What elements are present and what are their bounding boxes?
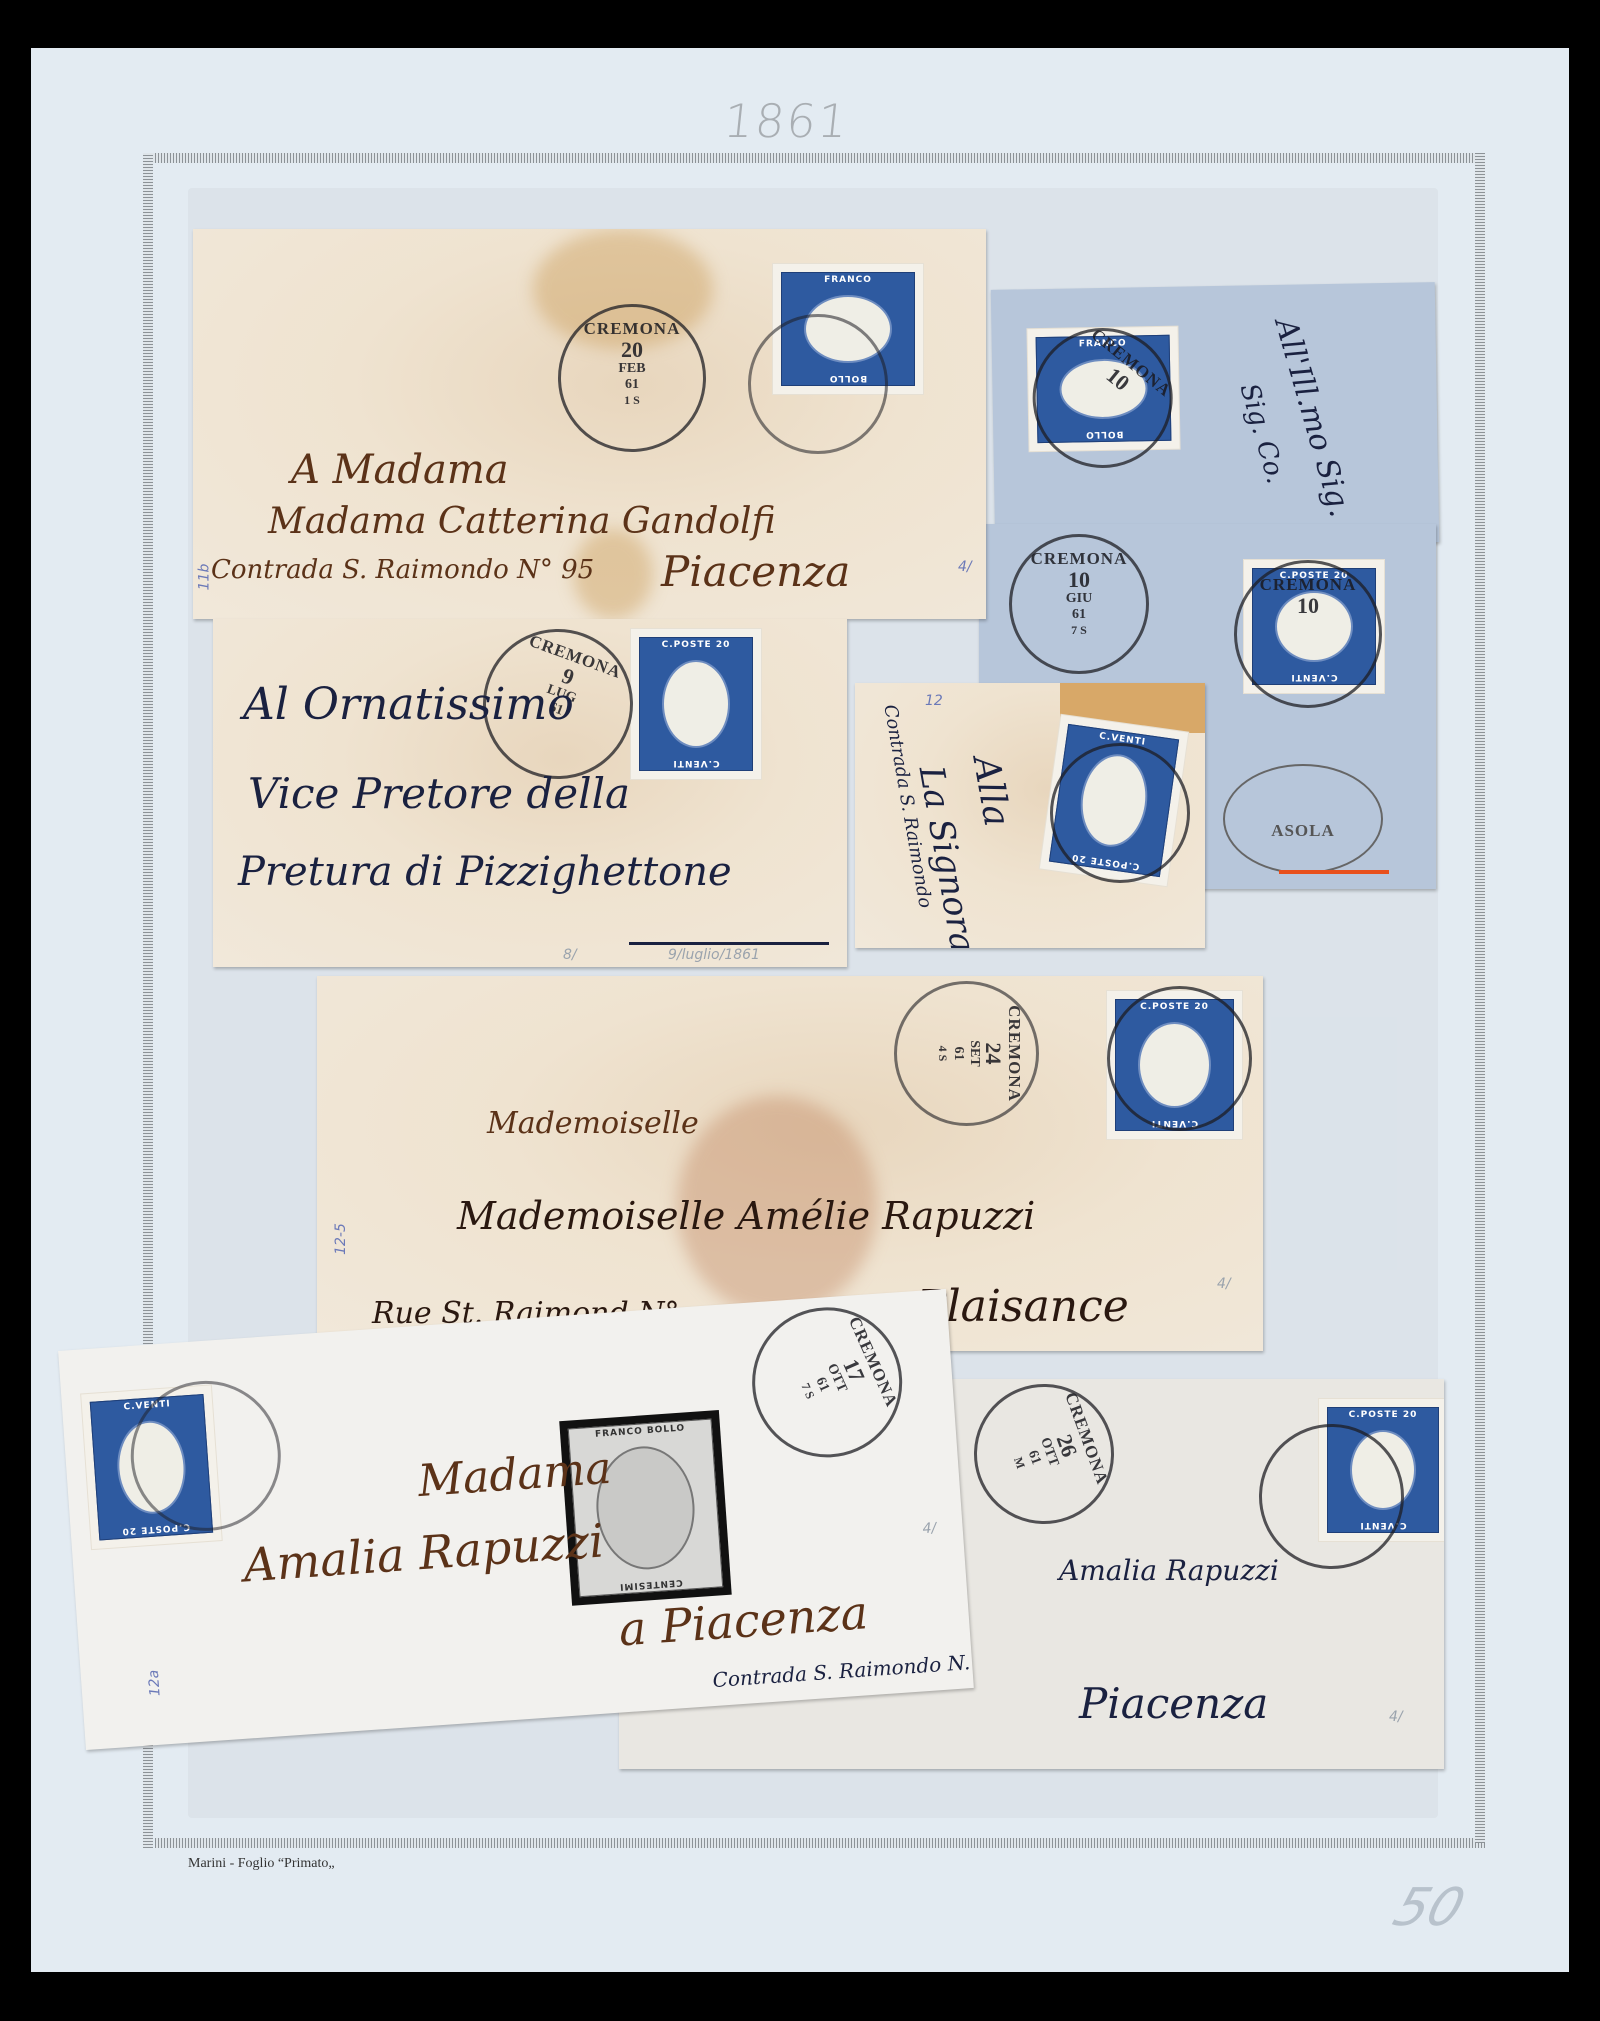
- address-line: Pretura di Pizzighettone: [238, 849, 732, 895]
- pencil-note: 4/: [958, 559, 972, 575]
- year-heading: 1861: [721, 94, 852, 148]
- address-line: Vice Pretore della: [248, 769, 630, 818]
- pencil-note: 12: [925, 693, 943, 709]
- address-line: A Madama: [291, 447, 509, 493]
- address-line: All'Ill.mo Sig.: [1268, 314, 1358, 520]
- album-footer: Marini - Foglio “Primato„: [188, 1856, 335, 1872]
- address-line: Amalia Rapuzzi: [242, 1513, 606, 1592]
- address-line: Amalia Rapuzzi: [1059, 1554, 1279, 1587]
- pencil-note: 12a: [146, 1669, 164, 1696]
- pencil-note: 9/luglio/1861: [668, 947, 760, 963]
- address-line: Piacenza: [1079, 1679, 1268, 1728]
- underline: [629, 942, 829, 945]
- pencil-note: 11b: [196, 564, 212, 591]
- address-line: Sig. Co.: [1234, 380, 1291, 487]
- pencil-note: 8/: [563, 947, 577, 963]
- pencil-note: 4/: [1389, 1709, 1403, 1725]
- arrival-mark: ASOLA: [1223, 764, 1383, 874]
- cover-5[interactable]: C.VENTIC.POSTE 20 Alla La Signora Contra…: [855, 683, 1205, 948]
- address-line: Madama Catterina Gandolfi: [268, 501, 776, 542]
- postmark: [1107, 986, 1252, 1131]
- cover-6[interactable]: C.POSTE 20C.VENTI CREMONA 24 SET 61 4 S …: [317, 976, 1263, 1351]
- pencil-note: 4/: [1217, 1276, 1231, 1292]
- cover-4[interactable]: C.POSTE 20C.VENTI CREMONA 9 LUG 61 Al Or…: [213, 619, 847, 967]
- address-line: Contrada S. Raimondo N° 95: [211, 555, 594, 585]
- address-line: Al Ornatissimo: [243, 679, 574, 730]
- address-line: Piacenza: [661, 547, 850, 596]
- frame-bottom: [155, 1838, 1485, 1848]
- stamp-text: C.POSTE 20: [640, 640, 752, 650]
- address-line: Contrada S. Raimondo N. 98: [712, 1648, 974, 1692]
- cover-2[interactable]: FRANCOBOLLO CREMONA10 All'Ill.mo Sig. Si…: [991, 282, 1439, 550]
- address-line: Alla: [965, 753, 1018, 830]
- postmark: CREMONA 24 SET 61 4 S: [894, 981, 1039, 1126]
- cover-7[interactable]: C.VENTIC.POSTE 20 FRANCO BOLLOCENTESIMI …: [58, 1289, 974, 1750]
- cover-1[interactable]: FRANCOBOLLO CREMONA 20 FEB 61 1 S A Mada…: [193, 229, 986, 619]
- postmark: [748, 314, 888, 454]
- postmark: CREMONA 20 FEB 61 1 S: [558, 304, 706, 452]
- pencil-note: 4/: [922, 1520, 937, 1537]
- stamp-text: CENTESIMI: [580, 1574, 722, 1594]
- stamp-text: FRANCO BOLLO: [569, 1422, 711, 1442]
- frame-top: [143, 153, 1485, 163]
- stamp-20c-blue: C.POSTE 20C.VENTI: [631, 629, 761, 779]
- postmark: CREMONA10: [1234, 560, 1382, 708]
- postmark: CREMONA 26 OTT 61 M: [954, 1379, 1133, 1544]
- stamp-black-newspaper: FRANCO BOLLOCENTESIMI: [559, 1410, 732, 1606]
- address-line: Mademoiselle Amélie Rapuzzi: [457, 1194, 1035, 1238]
- red-crayon-mark: [1279, 870, 1389, 874]
- stamp-text: C.VENTI: [640, 758, 752, 768]
- postmark: CREMONA 17 OTT 61 7 S: [728, 1289, 926, 1482]
- postmark: CREMONA 10 GIU 61 7 S: [1009, 534, 1149, 674]
- address-line: Plaisance: [917, 1281, 1129, 1332]
- pencil-note: 12-5: [333, 1223, 349, 1255]
- page-number: 50: [1386, 1878, 1472, 1938]
- stamp-text: FRANCO: [782, 275, 914, 285]
- stamp-text: C.POSTE 20: [1328, 1410, 1438, 1420]
- address-line: Mademoiselle: [487, 1106, 699, 1141]
- album-page: 1861 FRANCOBOLLO CREMONA10 All'Ill.mo Si…: [31, 48, 1569, 1972]
- frame-right: [1475, 153, 1485, 1843]
